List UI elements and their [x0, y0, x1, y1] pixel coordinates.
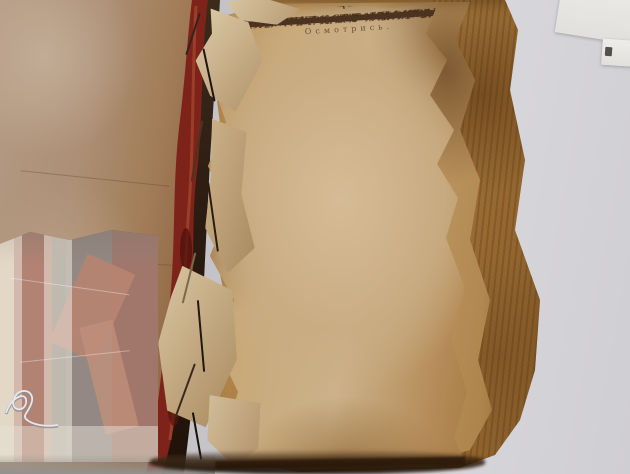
book-cast-shadow [150, 450, 485, 474]
photo-old-damaged-book: ЛИЦЫ Осмотрись. воронъ вѣчный животъ тво… [0, 0, 630, 474]
color-plate-under-tissue [0, 226, 158, 462]
twisted-wire [2, 376, 72, 436]
label-mark [605, 47, 613, 56]
small-white-label [601, 39, 630, 68]
